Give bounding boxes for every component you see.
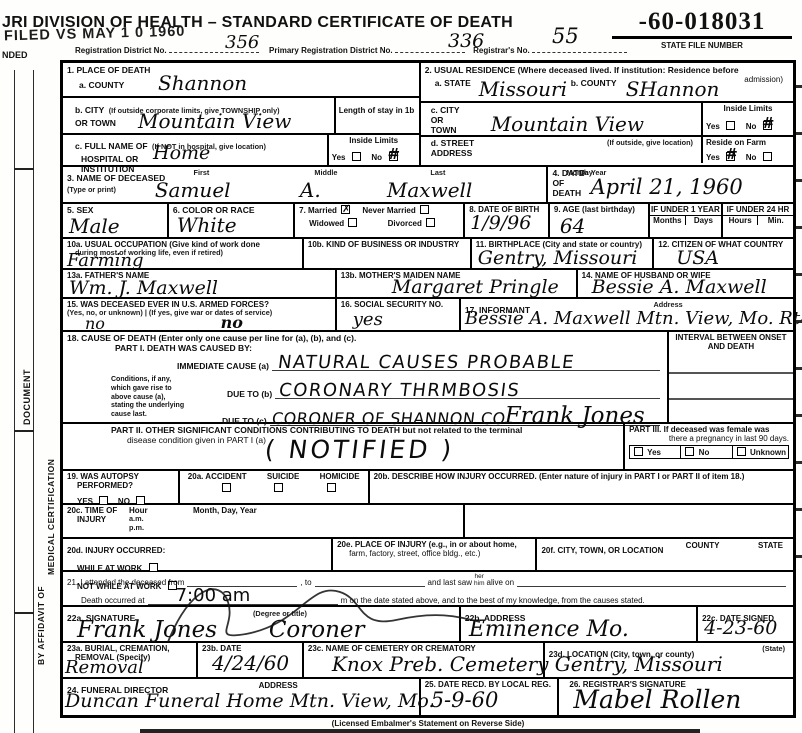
yes-label: Yes — [706, 153, 720, 162]
time-of-injury-cell: 20c. TIME OF INJURY Hour a.m. p.m. Month… — [63, 505, 465, 537]
certificate-form: 1. PLACE OF DEATH a. COUNTY Shannon b. C… — [60, 60, 796, 718]
degree-value: Coroner — [269, 619, 365, 642]
cause-b-line: CORONARY THRMBOSIS — [275, 384, 660, 399]
residence-inside-yes-checkbox — [726, 121, 735, 130]
burial-type-cell: 23a. BURIAL, CREMATION, REMOVAL (Specify… — [63, 643, 198, 677]
dob-value: 1/9/96 — [470, 214, 531, 233]
residence-county-value: SHannon — [626, 79, 720, 99]
registration-district: Registration District No. Primary Regist… — [75, 46, 627, 55]
mother-value: Margaret Pringle — [392, 278, 559, 297]
death-occurred-label: Death occurred at — [81, 596, 145, 605]
never-married-checkbox — [420, 205, 429, 214]
residence-sub-d: d. STREET ADDRESS (If outside, give loca… — [421, 137, 793, 163]
row-cause-of-death: 18. CAUSE OF DEATH (Enter only one cause… — [63, 332, 793, 424]
describe-injury-label: 20b. DESCRIBE HOW INJURY OCCURRED. (Ente… — [374, 472, 789, 481]
her-him-stack: her him — [474, 574, 484, 587]
armed-forces-value1: no — [85, 316, 105, 332]
hospital-label1: c. FULL NAME OF — [75, 141, 148, 151]
occupation-value: Farming — [67, 252, 144, 270]
inside-yes-checkbox — [352, 152, 361, 161]
date-of-death-cell: 4. DATE OF DEATH Month Day Year April 21… — [548, 167, 598, 202]
city-value: Mountain View — [138, 111, 291, 131]
residence-title: 2. USUAL RESIDENCE (Where deceased lived… — [425, 65, 789, 75]
pregnancy-options: Yes No Unknown — [629, 445, 789, 459]
name-label: 3. NAME OF DECEASED — [67, 173, 165, 183]
registrar-no-value: 55 — [552, 26, 579, 47]
inside-limits-label: Inside Limits — [332, 136, 416, 145]
row-signature: 22a. SIGNATURE (Degree or title) Frank J… — [63, 607, 793, 643]
occupation-cell: 10a. USUAL OCCUPATION (Give kind of work… — [63, 239, 304, 268]
death-occurred-rest: m on the date stated above, and to the b… — [341, 596, 645, 605]
death-time-value: 7:00 am — [176, 587, 251, 605]
attended-line1a: 21. I attended the deceased from — [67, 578, 184, 587]
place-sub-c: c. FULL NAME OF (If NOT in hospital, giv… — [63, 135, 419, 165]
stay-cell: Length of stay in 1b — [334, 98, 419, 133]
injury-occurred-cell: 20d. INJURY OCCURRED: WHILE AT WORK NOT … — [63, 539, 333, 570]
row-burial: 23a. BURIAL, CREMATION, REMOVAL (Specify… — [63, 643, 793, 679]
interval-rule-1 — [669, 372, 793, 374]
place-of-death-section: 1. PLACE OF DEATH a. COUNTY Shannon b. C… — [63, 63, 421, 165]
no-label: No — [746, 122, 757, 131]
attended-line1d: alive on — [487, 578, 515, 587]
street-cell: d. STREET ADDRESS (If outside, give loca… — [421, 137, 701, 163]
signer-address-value: Eminence Mo. — [469, 619, 629, 641]
burial-date-cell: 23b. DATE 4/24/60 — [198, 643, 304, 677]
place-inside-limits-cell: Inside Limits Yes No # — [327, 135, 419, 165]
residence-sub-c: c. CITY OR TOWN Mountain View Inside Lim… — [421, 103, 793, 137]
residence-city-value: Mountain View — [491, 114, 644, 134]
married-mark: ✗ — [342, 204, 350, 215]
right-edge-dashes — [795, 85, 802, 575]
burial-location-cell: 23d. LOCATION (City, town, or county) (S… — [545, 643, 793, 677]
stay-label: Length of stay in 1b — [339, 106, 415, 115]
date-signed-value: 4-23-60 — [704, 619, 777, 638]
row-name-date: 3. NAME OF DECEASED (Type or print) Firs… — [63, 167, 793, 204]
cause-a-value: NATURAL CAUSES PROBABLE — [277, 354, 576, 372]
filed-stamp: FILED VS MAY 1 0 1960 — [4, 24, 186, 45]
row-parents: 13a. FATHER'S NAME Wm. J. Maxwell 13b. M… — [63, 270, 793, 299]
row-forces-informant: 15. WAS DECEASED EVER IN U.S. ARMED FORC… — [63, 299, 793, 332]
funeral-address-label: ADDRESS — [259, 681, 298, 690]
primary-district-label: Primary Registration District No. — [269, 46, 393, 55]
age-label: 9. AGE (last birthday) — [554, 205, 644, 214]
city-label: b. CITY — [75, 105, 104, 115]
min-label: Min. — [758, 216, 793, 225]
yes-label: Yes — [332, 153, 346, 162]
pregnancy-yes-option: Yes — [630, 446, 681, 458]
ssn-label: 16. SOCIAL SECURITY NO. — [341, 300, 455, 309]
cemetery-cell: 23c. NAME OF CEMETERY OR CREMATORY Knox … — [304, 643, 545, 677]
time-injury-label: 20c. TIME OF — [67, 506, 129, 515]
pregnancy-unknown-checkbox — [737, 447, 746, 456]
sex-value: Male — [69, 216, 120, 236]
reg-district-label: Registration District No. — [75, 46, 167, 55]
age-cell: 9. AGE (last birthday) 64 — [550, 204, 650, 237]
divorced-label: Divorced — [388, 219, 422, 228]
conditions-note: Conditions, if any, which gave rise to a… — [111, 376, 187, 420]
sex-cell: 5. SEX Male — [63, 204, 169, 237]
birthplace-value: Gentry, Missouri — [478, 249, 638, 268]
burial-label: 23a. BURIAL, CREMATION, — [67, 644, 192, 653]
residence-inside-no-checkbox: # — [763, 121, 772, 130]
part3-label: PART III. If deceased was female was — [629, 425, 789, 434]
father-cell: 13a. FATHER'S NAME Wm. J. Maxwell — [63, 270, 337, 297]
residence-state-label: a. STATE — [435, 78, 471, 88]
citizen-value: USA — [676, 249, 719, 268]
last-label: Last — [430, 169, 445, 177]
usual-residence-section: 2. USUAL RESIDENCE (Where deceased lived… — [421, 63, 793, 165]
attended-to-line — [315, 577, 425, 587]
residence-city-cell: c. CITY OR TOWN Mountain View — [421, 103, 701, 135]
registrar-signature-cell: 26. REGISTRAR'S SIGNATURE Mabel Rollen — [559, 679, 793, 715]
state-file-number: -60-018031 — [612, 8, 792, 39]
autopsy-cell: 19. WAS AUTOPSY PERFORMED? YES NO — [63, 471, 180, 503]
business-cell: 10b. KIND OF BUSINESS OR INDUSTRY — [304, 239, 472, 268]
time-injury-label2: INJURY — [77, 515, 129, 524]
pregnancy-unknown-label: Unknown — [750, 448, 786, 457]
spouse-cell: 14. NAME OF HUSBAND OR WIFE Bessie A. Ma… — [578, 270, 793, 297]
armed-forces-cell: 15. WAS DECEASED EVER IN U.S. ARMED FORC… — [63, 299, 337, 330]
part3-label2: there a pregnancy in last 90 days. — [629, 434, 789, 443]
date-received-cell: 25. DATE RECD. BY LOCAL REG. 5-9-60 — [421, 679, 560, 715]
funeral-director-cell: 24. FUNERAL DIRECTOR ADDRESS Duncan Fune… — [63, 679, 421, 715]
last-name-value: Maxwell — [387, 180, 472, 200]
reside-on-farm-cell: Reside on Farm Yes # No — [701, 137, 793, 163]
date-of-death-value: April 21, 1960 — [590, 177, 742, 198]
death-time-line: 7:00 am — [148, 593, 338, 605]
residence-no-mark: # — [762, 114, 775, 132]
no-label: No — [371, 153, 382, 162]
citizen-cell: 12. CITIZEN OF WHAT COUNTRY USA — [654, 239, 793, 268]
interval-label: INTERVAL BETWEEN ONSET AND DEATH — [673, 333, 789, 351]
suicide-checkbox — [274, 483, 283, 492]
cause-c-signature: Frank Jones — [505, 405, 645, 428]
informant-value: Bessie A. Maxwell Mtn. View, Mo. Rt#2 — [465, 310, 802, 328]
farm-label: Reside on Farm — [706, 138, 790, 147]
spouse-value: Bessie A. Maxwell — [592, 278, 767, 297]
age-value: 64 — [560, 216, 585, 236]
pregnancy-yes-label: Yes — [647, 448, 661, 457]
registrar-signature-value: Mabel Rollen — [573, 687, 741, 712]
father-value: Wm. J. Maxwell — [69, 279, 218, 298]
place-of-injury-label: 20e. PLACE OF INJURY (e.g., in or about … — [337, 540, 531, 549]
pregnancy-no-label: No — [699, 448, 710, 457]
yes-label: Yes — [706, 122, 720, 131]
margin-medical-label: MEDICAL CERTIFICATION — [46, 415, 56, 575]
hospital-value: Home — [153, 144, 210, 163]
header: JRI DIVISION OF HEALTH – STANDARD CERTIF… — [0, 0, 802, 60]
homicide-label: HOMICIDE — [320, 472, 360, 481]
row-autopsy-injury: 19. WAS AUTOPSY PERFORMED? YES NO 20a. A… — [63, 471, 793, 505]
alive-on-line — [517, 577, 786, 587]
dotted-line — [395, 52, 465, 53]
burial-state-label: (State) — [762, 645, 785, 653]
part3-cell: PART III. If deceased was female was the… — [625, 424, 793, 469]
interval-rule-2 — [669, 398, 793, 400]
row-attended: 21. I attended the deceased from , to an… — [63, 572, 793, 607]
place-of-injury-cell: 20e. PLACE OF INJURY (e.g., in or about … — [333, 539, 537, 570]
married-label: 7. Married — [299, 206, 337, 215]
margin-affidavit-label: BY AFFIDAVIT OF — [36, 555, 46, 665]
place-sub-a: 1. PLACE OF DEATH a. COUNTY Shannon — [63, 63, 419, 98]
signer-address-cell: 22b. ADDRESS Eminence Mo. — [461, 607, 698, 641]
margin-document-label: DOCUMENT — [22, 335, 32, 425]
ssn-cell: 16. SOCIAL SECURITY NO. yes — [337, 299, 461, 330]
divorced-checkbox — [426, 218, 435, 227]
part2-cell: PART II. OTHER SIGNIFICANT CONDITIONS CO… — [63, 424, 625, 469]
cemetery-value: Knox Preb. Cemetery — [332, 654, 549, 674]
under24-label: IF UNDER 24 HR — [723, 204, 793, 216]
date-received-value: 5-9-60 — [431, 690, 499, 711]
pm-label: p.m. — [129, 524, 175, 532]
burial-value: Removal — [65, 659, 144, 677]
immediate-cause-label: IMMEDIATE CAUSE (a) — [177, 361, 269, 371]
hospital-cell: c. FULL NAME OF (If NOT in hospital, giv… — [63, 135, 327, 165]
residence-inside-limits-cell: Inside Limits Yes No # — [701, 103, 793, 135]
him-label: him — [474, 581, 484, 588]
inside-no-checkbox: # — [389, 152, 398, 161]
date-signed-cell: 22c. DATE SIGNED 4-23-60 — [698, 607, 793, 641]
race-cell: 6. COLOR OR RACE White — [169, 204, 295, 237]
under1-label: IF UNDER 1 YEAR — [650, 204, 721, 216]
margin-tick-1 — [14, 168, 34, 170]
embalmer-note: (Licensed Embalmer's Statement on Revers… — [60, 719, 796, 728]
informant-cell: 17. INFORMANT Address Bessie A. Maxwell … — [461, 299, 793, 330]
due-to-b-label: DUE TO (b) — [227, 389, 272, 399]
time-of-injury-blank — [465, 505, 794, 537]
cause-a-line: NATURAL CAUSES PROBABLE — [272, 356, 660, 371]
widowed-checkbox — [348, 218, 357, 227]
signature-value: Frank Jones — [77, 619, 217, 642]
inside-limits-label: Inside Limits — [706, 104, 790, 113]
injury-occurred-label: 20d. INJURY OCCURRED: — [67, 546, 165, 555]
county-value: Shannon — [158, 73, 247, 93]
part2-value: ( NOTIFIED ) — [263, 437, 455, 462]
while-at-work-checkbox — [149, 563, 158, 572]
attended-cell: 21. I attended the deceased from , to an… — [63, 572, 793, 605]
street-hint: (If outside, give location) — [607, 139, 693, 147]
month-day-year-label: Month, Day, Year — [193, 506, 257, 536]
armed-forces-hint: (Yes, no, or unknown) | (If yes, give wa… — [67, 309, 331, 317]
place-city-cell: b. CITY (If outside corporate limits, gi… — [63, 98, 334, 133]
describe-injury-cell: 20b. DESCRIBE HOW INJURY OCCURRED. (Ente… — [370, 471, 793, 503]
row-occupation: 10a. USUAL OCCUPATION (Give kind of work… — [63, 239, 793, 270]
injury-city-label: 20f. CITY, TOWN, OR LOCATION — [541, 546, 663, 555]
signature-cell: 22a. SIGNATURE (Degree or title) Frank J… — [63, 607, 461, 641]
never-married-label: Never Married — [362, 206, 415, 215]
hours-label: Hours — [723, 216, 759, 225]
row-injury-location: 20d. INJURY OCCURRED: WHILE AT WORK NOT … — [63, 539, 793, 572]
residence-sub-ab: 2. USUAL RESIDENCE (Where deceased lived… — [421, 63, 793, 103]
street-label: d. STREET ADDRESS — [431, 138, 486, 158]
cause-label: 18. CAUSE OF DEATH (Enter only one cause… — [67, 333, 663, 343]
inside-no-mark: # — [388, 145, 401, 163]
place-sub-b: b. CITY (If outside corporate limits, gi… — [63, 98, 419, 135]
primary-district-value: 336 — [448, 32, 484, 51]
residence-state-value: Missouri — [479, 79, 567, 99]
state-file-number-label: STATE FILE NUMBER — [612, 41, 792, 50]
injury-state-label: STATE — [758, 541, 783, 550]
pregnancy-unknown-option: Unknown — [733, 446, 788, 458]
if-under-24-hr-cell: IF UNDER 24 HR Hours Min. — [723, 204, 793, 237]
accident-checkbox — [222, 483, 231, 492]
race-value: White — [177, 215, 237, 235]
armed-forces-value2: no — [221, 315, 243, 331]
days-label: Days — [686, 216, 721, 225]
birthplace-cell: 11. BIRTHPLACE (City and state or countr… — [472, 239, 655, 268]
marital-status-cell: 7. Married ✗ Never Married Widowed Divor… — [295, 204, 465, 237]
place-of-injury-label2: farm, factory, street, office bldg., etc… — [349, 549, 531, 558]
margin-tick-2 — [14, 430, 34, 432]
margin-tick-3 — [14, 612, 34, 614]
middle-name-value: A. — [300, 180, 321, 200]
if-under-1-year-cell: IF UNDER 1 YEAR Months Days — [650, 204, 723, 237]
first-label: First — [194, 169, 210, 177]
attended-line1b: , to — [300, 578, 311, 587]
cause-b-value: CORONARY THRMBOSIS — [278, 382, 521, 400]
no-label: No — [746, 153, 757, 162]
mother-cell: 13b. MOTHER'S MAIDEN NAME Margaret Pring… — [337, 270, 578, 297]
residence-county-label: b. COUNTY — [571, 78, 617, 88]
bottom-bar — [140, 729, 700, 733]
widowed-label: Widowed — [309, 219, 344, 228]
county-label: a. COUNTY — [79, 80, 124, 90]
farm-yes-checkbox: # — [726, 152, 735, 161]
homicide-checkbox — [327, 483, 336, 492]
autopsy-label: 19. WAS AUTOPSY — [67, 472, 174, 481]
burial-location-value: Gentry, Missouri — [555, 654, 723, 674]
middle-label: Middle — [314, 169, 337, 177]
autopsy-label2: PERFORMED? — [77, 481, 174, 490]
farm-yes-mark: # — [725, 145, 738, 163]
attended-line1c: and last saw — [428, 578, 472, 587]
funeral-director-value: Duncan Funeral Home Mtn. View, Mo. — [65, 692, 435, 711]
reg-district-value: 356 — [225, 34, 259, 52]
injury-city-cell: 20f. CITY, TOWN, OR LOCATION COUNTY STAT… — [537, 539, 793, 570]
pregnancy-no-checkbox — [685, 447, 694, 456]
farm-no-checkbox — [763, 152, 772, 161]
row-funeral: 24. FUNERAL DIRECTOR ADDRESS Duncan Fune… — [63, 679, 793, 715]
interval-cell: INTERVAL BETWEEN ONSET AND DEATH — [669, 332, 793, 422]
suicide-label: SUICIDE — [267, 472, 299, 481]
months-label: Months — [650, 216, 686, 225]
married-checkbox: ✗ — [341, 205, 350, 214]
row-time-of-injury: 20c. TIME OF INJURY Hour a.m. p.m. Month… — [63, 505, 793, 539]
accident-suicide-homicide-cell: 20a. ACCIDENT SUICIDE HOMICIDE — [180, 471, 370, 503]
row-demographics: 5. SEX Male 6. COLOR OR RACE White 7. Ma… — [63, 204, 793, 239]
date-of-birth-cell: 8. DATE OF BIRTH 1/9/96 — [465, 204, 550, 237]
name-of-deceased-cell: 3. NAME OF DECEASED (Type or print) Firs… — [63, 167, 548, 202]
dotted-line — [532, 52, 627, 53]
business-label: 10b. KIND OF BUSINESS OR INDUSTRY — [308, 240, 466, 249]
residence-city-label: c. CITY OR TOWN — [431, 105, 471, 136]
accident-label: 20a. ACCIDENT — [188, 472, 247, 481]
row-place-residence: 1. PLACE OF DEATH a. COUNTY Shannon b. C… — [63, 63, 793, 167]
margin-amended: NDED — [2, 50, 28, 60]
pregnancy-yes-checkbox — [634, 447, 643, 456]
burial-date-value: 4/24/60 — [212, 653, 289, 673]
cause-of-death-cell: 18. CAUSE OF DEATH (Enter only one cause… — [63, 332, 669, 422]
pregnancy-no-option: No — [681, 446, 732, 458]
first-name-value: Samuel — [155, 180, 231, 200]
row-part2-part3: PART II. OTHER SIGNIFICANT CONDITIONS CO… — [63, 424, 793, 471]
injury-county-label: COUNTY — [686, 541, 720, 550]
ssn-value: yes — [353, 311, 383, 329]
